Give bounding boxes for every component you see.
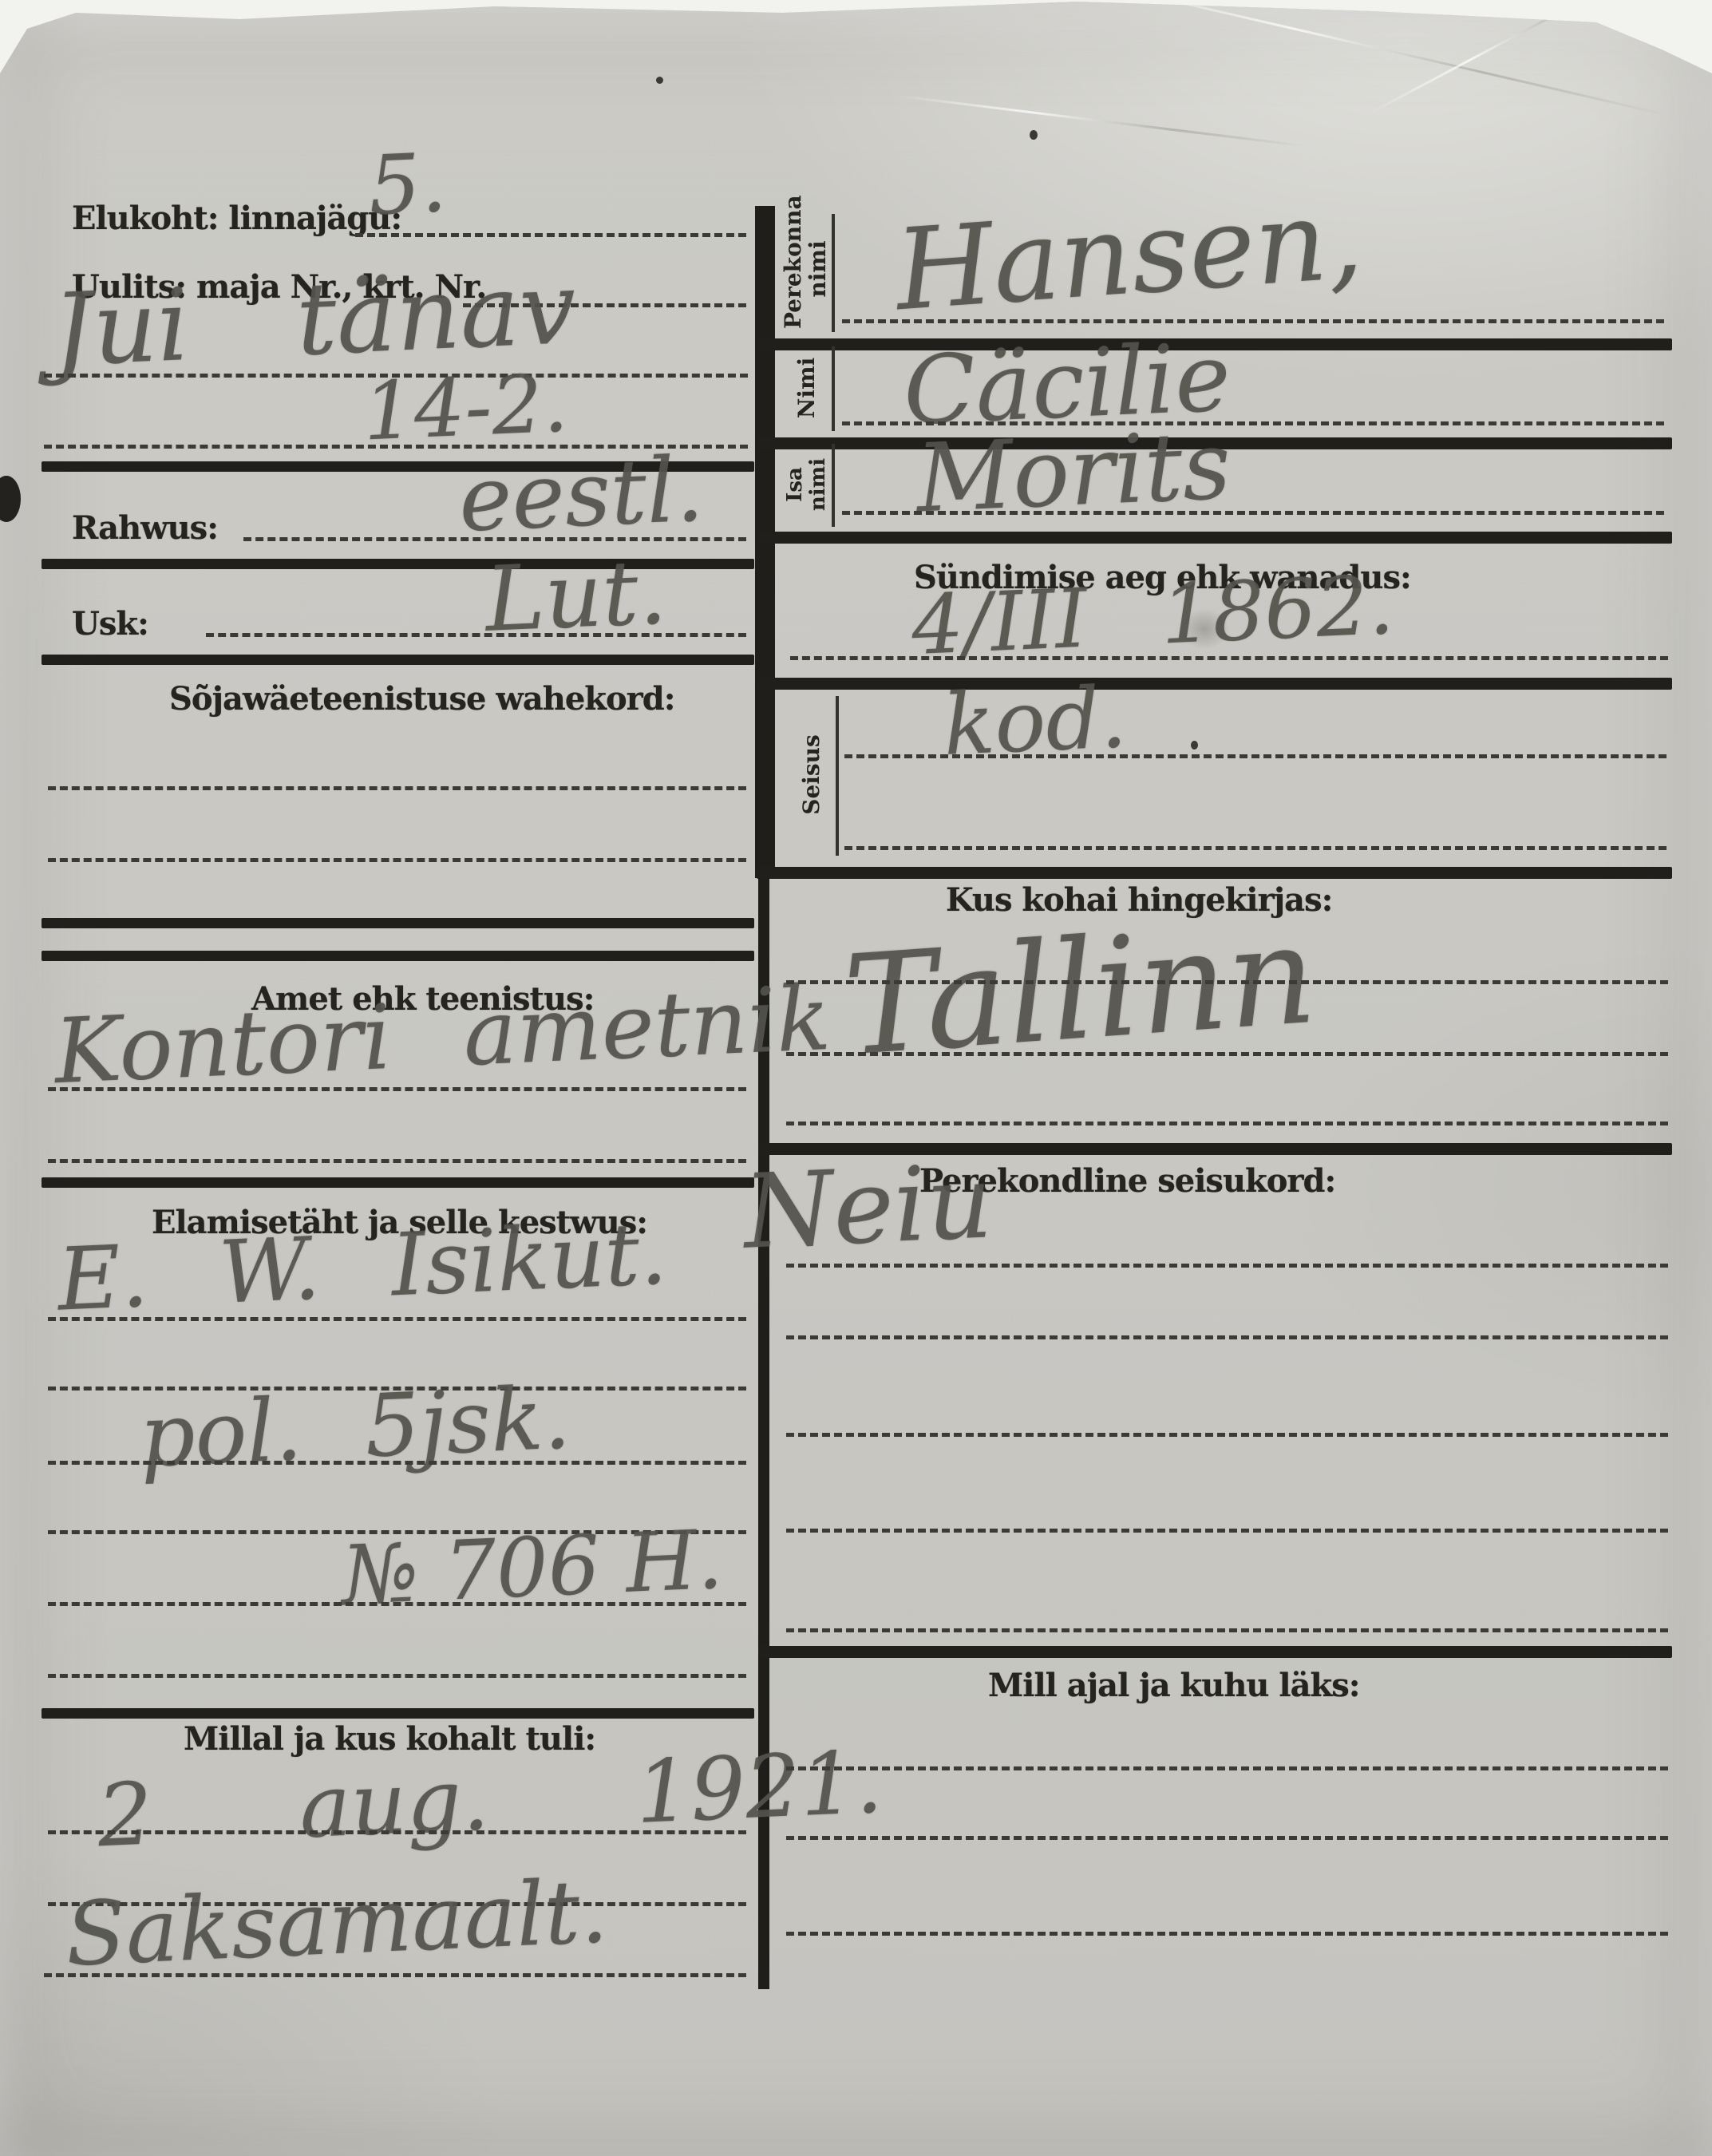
dotted-line <box>48 1159 746 1163</box>
dotted-line <box>786 1122 1668 1125</box>
paper-crease <box>896 94 1307 147</box>
dotted-line <box>786 1052 1668 1056</box>
dotted-line <box>355 233 746 237</box>
family-name-label: Perekonna nimi <box>781 209 830 329</box>
first-name-label: Nimi <box>784 345 830 431</box>
section-rule <box>757 867 1672 879</box>
section-rule <box>42 1708 754 1719</box>
family-status-handwriting: Neiu <box>741 1142 994 1272</box>
dotted-line <box>842 319 1664 323</box>
dotted-line <box>786 1628 1668 1632</box>
paper-speck <box>1030 130 1038 140</box>
dotted-line <box>790 656 1668 660</box>
dotted-line <box>786 1766 1668 1770</box>
dotted-line <box>48 1602 746 1606</box>
religion-handwriting: Lut. <box>483 540 669 652</box>
residence-label: Elukoht: linnajägu: <box>72 200 401 237</box>
section-rule <box>42 918 754 928</box>
paper-speck <box>656 77 663 84</box>
section-rule <box>42 655 754 665</box>
military-service-label: Sõjawäeteenistuse wahekord: <box>169 680 674 718</box>
section-rule <box>42 951 754 961</box>
district-handwriting: 5. <box>366 136 448 234</box>
dotted-line <box>786 1836 1668 1840</box>
dotted-line <box>48 1461 746 1465</box>
dotted-line <box>786 1335 1668 1339</box>
dotted-line <box>48 1317 746 1321</box>
section-rule <box>42 1177 754 1188</box>
label-separator <box>832 444 835 527</box>
nationality-handwriting: eestl. <box>457 437 706 552</box>
parish-register-handwriting: Tallinn <box>840 894 1321 1087</box>
dotted-line <box>786 1932 1668 1936</box>
registration-card-scan: Elukoht: linnajägu: 5. Uulits: maja Nr.,… <box>0 0 1712 2156</box>
dotted-line <box>48 858 746 862</box>
dotted-line <box>48 1830 746 1834</box>
dotted-line <box>786 980 1668 984</box>
permit-handwriting-line3: № 706 H. <box>340 1513 725 1624</box>
ink-blot <box>0 476 21 522</box>
dotted-line <box>44 1973 746 1977</box>
section-rule <box>757 678 1672 690</box>
status-label: Seisus <box>789 693 835 856</box>
status-handwriting: kod. <box>941 668 1129 774</box>
father-name-handwriting: Morits <box>914 409 1233 533</box>
religion-label: Usk: <box>72 605 148 643</box>
dotted-line <box>842 511 1664 515</box>
dotted-line <box>48 1087 746 1091</box>
dotted-line <box>786 1433 1668 1437</box>
paper-crease <box>1109 0 1669 117</box>
arrival-place-handwriting: Saksamaalt. <box>64 1860 610 1986</box>
dotted-line <box>786 1264 1668 1268</box>
section-rule <box>757 532 1672 544</box>
nationality-label: Rahwus: <box>72 509 218 547</box>
dotted-line <box>844 846 1667 850</box>
departure-label: Mill ajal ja kuhu läks: <box>988 1667 1360 1704</box>
permit-handwriting-line2: pol. 5jsk. <box>138 1368 573 1486</box>
permit-handwriting-line1: E. W. Isikut. <box>56 1204 669 1330</box>
section-rule <box>758 1646 1672 1658</box>
father-name-label: Isa nimi <box>784 442 830 527</box>
dotted-line <box>48 786 746 790</box>
paper-speck <box>1191 741 1198 750</box>
label-separator <box>836 696 839 856</box>
label-separator <box>832 346 835 431</box>
profession-handwriting: Kontori ametnik <box>53 967 832 1104</box>
dotted-line <box>786 1529 1668 1533</box>
dotted-line <box>48 1674 746 1678</box>
house-number-handwriting: 14-2. <box>362 356 570 458</box>
dotted-line <box>844 754 1667 758</box>
family-name-handwriting: Hansen, <box>892 174 1366 336</box>
label-separator <box>832 214 835 332</box>
